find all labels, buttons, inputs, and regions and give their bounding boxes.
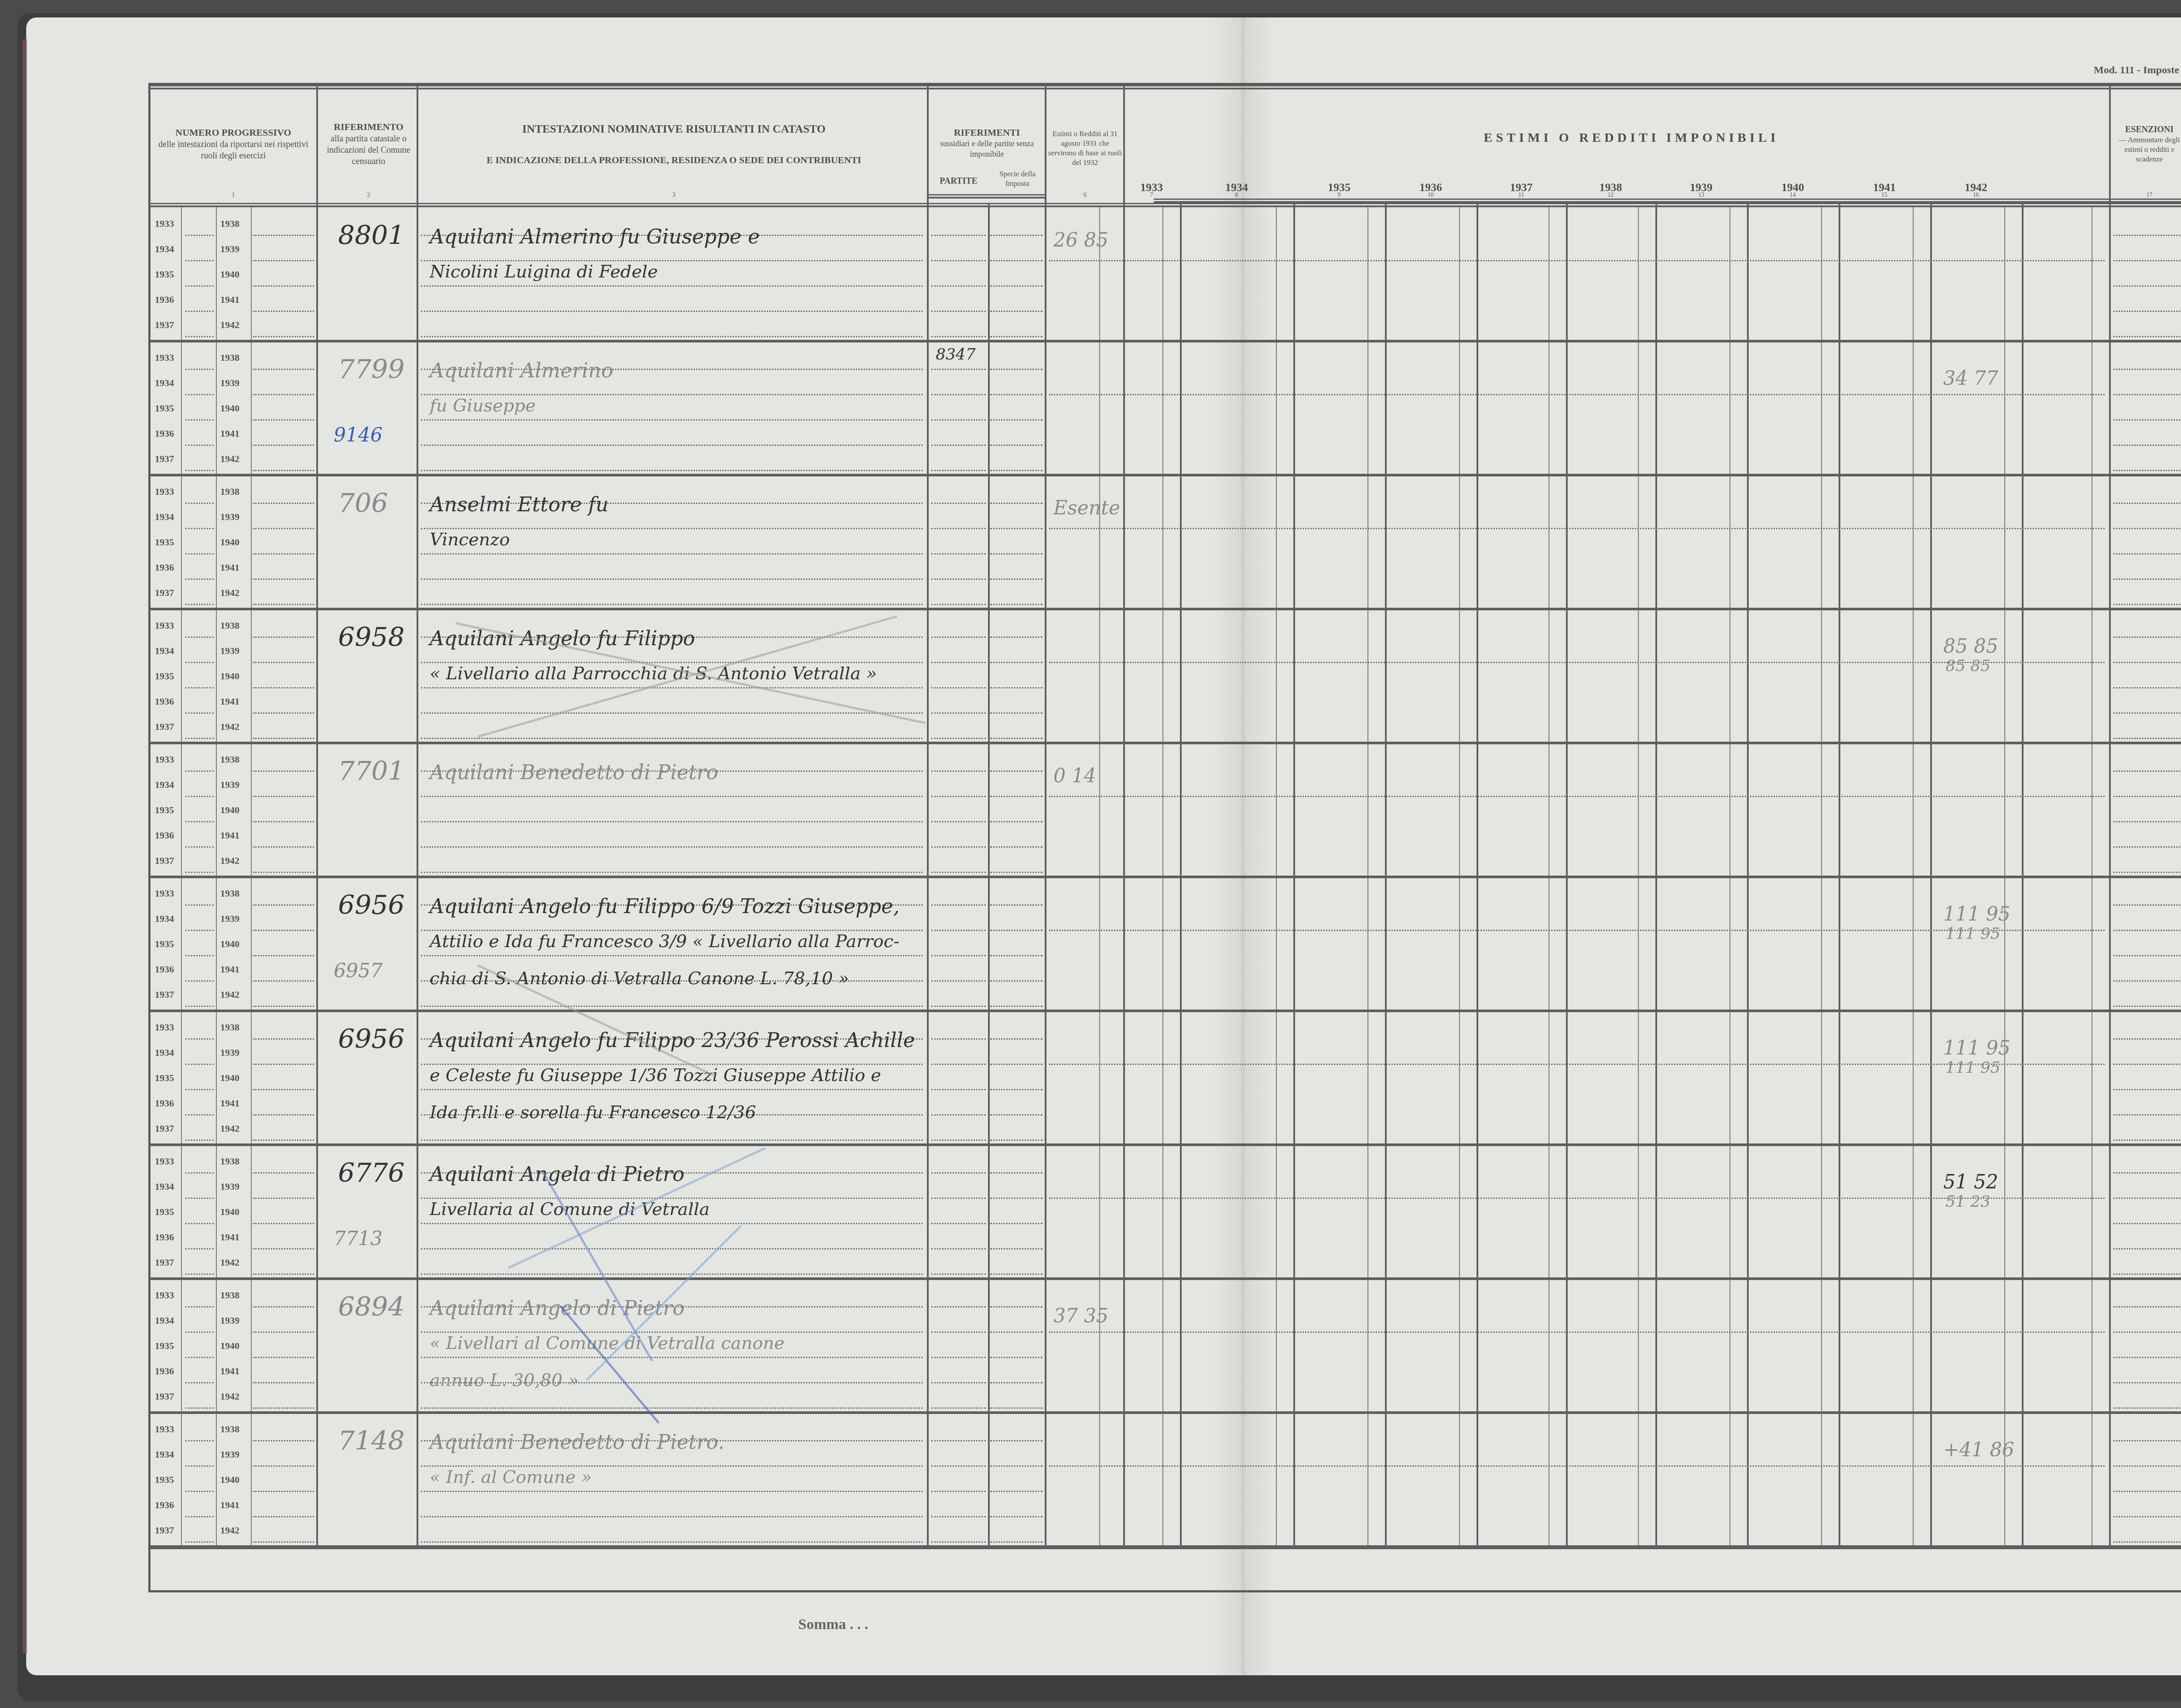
dotted-line — [185, 503, 214, 504]
year-label: 1936 — [155, 1366, 174, 1377]
dotted-line — [990, 604, 1043, 605]
year-label: 1933 — [155, 486, 174, 497]
dotted-line — [185, 419, 214, 421]
dotted-line — [990, 1357, 1043, 1358]
dotted-line — [185, 1331, 214, 1333]
dotted-line — [931, 1140, 986, 1141]
dotted-line — [990, 1273, 1043, 1275]
header-bottom-rule — [150, 203, 2181, 207]
year-label: 1936 — [155, 294, 174, 305]
amount-dotted-line — [1049, 796, 2105, 797]
dotted-line — [185, 336, 214, 337]
dotted-line — [185, 821, 214, 822]
dotted-line — [2113, 336, 2181, 337]
dotted-line — [2113, 1198, 2181, 1199]
dotted-line — [2113, 930, 2181, 931]
year-label: 1938 — [220, 1022, 239, 1033]
contributor-name-line: Aquilani Angelo fu Filippo 23/36 Perossi… — [430, 1028, 915, 1052]
year-label: 1942 — [220, 721, 239, 732]
dotted-line — [421, 336, 923, 337]
dotted-line — [253, 872, 314, 873]
dotted-line — [931, 419, 986, 421]
year-label: 1934 — [155, 779, 174, 791]
year-label: 1937 — [155, 989, 174, 1000]
estimi-1931-value: 26 85 — [1053, 229, 1108, 251]
dotted-line — [185, 235, 214, 236]
dotted-line — [2113, 1491, 2181, 1492]
dotted-line — [253, 445, 314, 446]
year-label: 1934 — [155, 243, 174, 255]
year-label: 1942 — [220, 1123, 239, 1134]
year-label: 1933 — [155, 620, 174, 631]
dotted-line — [931, 662, 986, 663]
amount-1941: +41 86 — [1943, 1439, 2014, 1461]
amount-1941: 34 77 — [1943, 367, 1998, 390]
dotted-line — [185, 1198, 214, 1199]
dotted-line — [421, 872, 923, 873]
dotted-line — [253, 1465, 314, 1467]
year-label: 1935 — [155, 537, 174, 548]
year-label: 1941 — [220, 428, 239, 439]
year-label: 1940 — [220, 1206, 239, 1218]
dotted-line — [185, 955, 214, 956]
dotted-line — [421, 796, 923, 797]
partita-reference: 6956 — [338, 890, 405, 921]
dotted-line — [253, 369, 314, 370]
year-label: 1937 — [155, 1257, 174, 1268]
amount-dotted-line — [1049, 260, 2105, 261]
dotted-line — [2113, 1440, 2181, 1441]
year-label: 1935 — [155, 804, 174, 816]
year-label: 1940 — [220, 804, 239, 816]
dotted-line — [253, 980, 314, 982]
dotted-line — [421, 419, 923, 421]
partita-reference: 7701 — [338, 756, 405, 787]
dotted-line — [253, 930, 314, 931]
dotted-line — [253, 528, 314, 529]
dotted-line — [253, 1516, 314, 1517]
year-label: 1933 — [155, 888, 174, 899]
dotted-line — [421, 553, 923, 555]
contributor-name-line: e Celeste fu Giuseppe 1/36 Tozzi Giusepp… — [430, 1065, 881, 1085]
dotted-line — [2113, 1006, 2181, 1007]
dotted-line — [185, 1541, 214, 1543]
partita-reference: 7799 — [338, 354, 405, 385]
dotted-line — [990, 662, 1043, 663]
contributor-name-line: Aquilani Benedetto di Pietro — [430, 760, 718, 784]
dotted-line — [931, 1440, 986, 1441]
dotted-line — [2113, 369, 2181, 370]
year-label: 1936 — [155, 696, 174, 707]
year-label: 1941 — [220, 696, 239, 707]
dotted-line — [990, 796, 1043, 797]
year-label: 1935 — [155, 1340, 174, 1352]
dotted-line — [421, 687, 923, 688]
year-label: 1937 — [155, 319, 174, 331]
dotted-line — [990, 1089, 1043, 1090]
contributor-name-line: Attilio e Ida fu Francesco 3/9 « Livella… — [430, 931, 899, 952]
year-label: 1936 — [155, 964, 174, 975]
year-label: 1936 — [155, 830, 174, 841]
dotted-line — [2113, 687, 2181, 688]
year-label: 1933 — [155, 1290, 174, 1301]
year-label: 1939 — [220, 511, 239, 523]
dotted-line — [931, 336, 986, 337]
dotted-line — [931, 637, 986, 638]
amount-1941-b: 51 23 — [1945, 1193, 1990, 1211]
dotted-line — [185, 470, 214, 471]
dotted-line — [421, 930, 923, 931]
dotted-line — [990, 285, 1043, 287]
dotted-line — [2113, 1089, 2181, 1090]
dotted-line — [253, 738, 314, 739]
dotted-line — [421, 712, 923, 714]
year-label: 1938 — [220, 218, 239, 229]
amount-dotted-line — [1049, 1465, 2105, 1467]
dotted-line — [990, 1248, 1043, 1249]
dotted-line — [931, 796, 986, 797]
dotted-line — [185, 1089, 214, 1090]
dotted-line — [990, 1516, 1043, 1517]
partita-reference: 6956 — [338, 1024, 405, 1054]
dotted-line — [185, 260, 214, 261]
dotted-line — [990, 1198, 1043, 1199]
year-label: 1941 — [220, 562, 239, 573]
dotted-line — [185, 1516, 214, 1517]
year-label: 1934 — [155, 645, 174, 657]
amount-dotted-line — [1049, 528, 2105, 529]
dotted-line — [421, 1357, 923, 1358]
dotted-line — [990, 980, 1043, 982]
amount-1941: 111 95 — [1943, 903, 2010, 925]
dotted-line — [2113, 1140, 2181, 1141]
dotted-line — [253, 662, 314, 663]
year-label: 1933 — [155, 352, 174, 363]
sum-label: Somma . . . — [798, 1616, 868, 1633]
dotted-line — [2113, 604, 2181, 605]
dotted-line — [185, 687, 214, 688]
partita-reference: 6894 — [338, 1292, 405, 1322]
dotted-line — [931, 1407, 986, 1409]
dotted-line — [990, 637, 1043, 638]
year-label: 1936 — [155, 562, 174, 573]
dotted-line — [185, 1273, 214, 1275]
contributor-name-line: Aquilani Angela di Pietro — [430, 1162, 684, 1186]
year-label: 1941 — [220, 1499, 239, 1511]
dotted-line — [421, 260, 923, 261]
dotted-line — [253, 846, 314, 848]
year-label: 1937 — [155, 1525, 174, 1536]
dotted-line — [253, 1198, 314, 1199]
amount-1941-b: 85 85 — [1945, 657, 1990, 675]
dotted-line — [421, 1140, 923, 1141]
amount-1941-b: 111 95 — [1945, 1059, 2000, 1077]
amount-1941: 51 52 — [1943, 1171, 1998, 1193]
partita-reference: 6776 — [338, 1158, 405, 1188]
header-title: RIFERIMENTI — [954, 127, 1020, 139]
dotted-line — [2113, 904, 2181, 906]
dotted-line — [2113, 285, 2181, 287]
column-number: 13 — [1655, 192, 1747, 199]
year-label: 1939 — [220, 913, 239, 924]
year-label: 1933 — [155, 1156, 174, 1167]
dotted-line — [990, 1491, 1043, 1492]
dotted-line — [185, 637, 214, 638]
dotted-line — [931, 1006, 986, 1007]
header-title: PARTITE — [940, 175, 978, 187]
column-number: 7 — [1123, 192, 1180, 199]
header-title: NUMERO PROGRESSIVO — [175, 127, 291, 139]
partite-value: 8347 — [936, 346, 976, 363]
dotted-line — [931, 1172, 986, 1174]
year-label: 1938 — [220, 1290, 239, 1301]
dotted-line — [990, 394, 1043, 395]
dotted-line — [990, 712, 1043, 714]
dotted-line — [421, 1248, 923, 1249]
dotted-line — [185, 980, 214, 982]
dotted-line — [931, 1465, 986, 1467]
year-label: 1937 — [155, 1391, 174, 1402]
year-label: 1934 — [155, 913, 174, 924]
year-label: 1939 — [220, 1315, 239, 1326]
dotted-line — [253, 712, 314, 714]
year-label: 1937 — [155, 1123, 174, 1134]
dotted-line — [253, 419, 314, 421]
year-label: 1938 — [220, 620, 239, 631]
ledger-record: 1933193819341939193519401936194119371942… — [150, 1011, 2181, 1149]
dotted-line — [990, 578, 1043, 580]
dotted-line — [990, 445, 1043, 446]
year-label: 1939 — [220, 1181, 239, 1192]
dotted-line — [421, 1407, 923, 1409]
contributor-name-line: « Livellari al Comune di Vetralla canone — [430, 1333, 784, 1353]
dotted-line — [421, 662, 923, 663]
dotted-line — [185, 1114, 214, 1116]
dotted-line — [2113, 445, 2181, 446]
dotted-line — [185, 311, 214, 312]
dotted-line — [2113, 955, 2181, 956]
amount-1941: 111 95 — [1943, 1037, 2010, 1059]
estimi-1931-value: 0 14 — [1053, 765, 1096, 787]
dotted-line — [253, 1382, 314, 1383]
dotted-line — [253, 553, 314, 555]
dotted-line — [2113, 1064, 2181, 1065]
year-label: 1936 — [155, 428, 174, 439]
dotted-line — [2113, 796, 2181, 797]
dotted-line — [253, 1407, 314, 1409]
estimi-1931-value: Esente — [1053, 497, 1120, 519]
dotted-line — [185, 1357, 214, 1358]
dotted-line — [990, 1172, 1043, 1174]
year-label: 1939 — [220, 779, 239, 791]
header-subtitle: E INDICAZIONE DELLA PROFESSIONE, RESIDEN… — [487, 154, 861, 167]
binding-edge — [23, 39, 27, 1653]
dotted-line — [2113, 637, 2181, 638]
year-label: 1934 — [155, 1181, 174, 1192]
year-label: 1940 — [220, 1072, 239, 1084]
dotted-line — [2113, 1273, 2181, 1275]
contributor-name-line: « Livellario alla Parrocchia di S. Anton… — [430, 664, 877, 684]
dotted-line — [185, 578, 214, 580]
dotted-line — [253, 955, 314, 956]
dotted-line — [990, 821, 1043, 822]
header-specie-imposta: Specie della Imposta — [990, 159, 1045, 199]
dotted-line — [253, 1223, 314, 1224]
dotted-line — [2113, 1541, 2181, 1543]
dotted-line — [421, 1541, 923, 1543]
year-label: 1942 — [220, 319, 239, 331]
dotted-line — [253, 1006, 314, 1007]
dotted-line — [253, 260, 314, 261]
year-label: 1942 — [220, 1391, 239, 1402]
column-number: 1 — [150, 192, 316, 199]
header-title: ESTIMI O REDDITI IMPONIBILI — [1484, 129, 1779, 146]
year-label: 1938 — [220, 486, 239, 497]
header-intestazioni: INTESTAZIONI NOMINATIVE RISULTANTI IN CA… — [421, 94, 927, 194]
year-label: 1941 — [220, 964, 239, 975]
year-label: 1939 — [220, 377, 239, 389]
partita-reference-alt: 7713 — [334, 1228, 383, 1250]
year-label: 1938 — [220, 754, 239, 765]
contributor-name-line: Ida fr.lli e sorella fu Francesco 12/36 — [430, 1102, 756, 1123]
dotted-line — [185, 528, 214, 529]
dotted-line — [185, 904, 214, 906]
dotted-line — [990, 1382, 1043, 1383]
dotted-line — [990, 1407, 1043, 1409]
year-label: 1942 — [220, 587, 239, 599]
dotted-line — [931, 470, 986, 471]
year-label: 1940 — [220, 671, 239, 682]
dotted-line — [931, 1064, 986, 1065]
dotted-line — [931, 1248, 986, 1249]
dotted-line — [931, 1273, 986, 1275]
year-label: 1933 — [155, 218, 174, 229]
dotted-line — [990, 260, 1043, 261]
dotted-line — [990, 1114, 1043, 1116]
column-number: 11 — [1477, 192, 1566, 199]
dotted-line — [421, 1465, 923, 1467]
column-number: 14 — [1747, 192, 1839, 199]
header-subtitle: alla partita catastale o indicazioni del… — [321, 133, 417, 167]
dotted-line — [253, 1306, 314, 1308]
ledger-record: 1933193819341939193519401936194119371942… — [150, 609, 2181, 747]
header-estimi-imponibili: ESTIMI O REDDITI IMPONIBILI — [1154, 111, 2109, 164]
year-label: 1938 — [220, 352, 239, 363]
dotted-line — [990, 1306, 1043, 1308]
year-label: 1934 — [155, 1315, 174, 1326]
dotted-line — [253, 1357, 314, 1358]
year-label: 1942 — [220, 855, 239, 866]
contributor-name-line: Anselmi Ettore fu — [430, 493, 608, 516]
dotted-line — [253, 1089, 314, 1090]
year-label: 1940 — [220, 537, 239, 548]
dotted-line — [421, 1516, 923, 1517]
dotted-line — [931, 1223, 986, 1224]
partita-reference: 706 — [338, 488, 388, 519]
dotted-line — [2113, 1407, 2181, 1409]
header-title: INTESTAZIONI NOMINATIVE RISULTANTI IN CA… — [522, 122, 825, 137]
dotted-line — [253, 1331, 314, 1333]
year-label: 1939 — [220, 243, 239, 255]
dotted-line — [990, 336, 1043, 337]
dotted-line — [253, 470, 314, 471]
dotted-line — [931, 1114, 986, 1116]
year-label: 1934 — [155, 511, 174, 523]
dotted-line — [931, 955, 986, 956]
dotted-line — [2113, 770, 2181, 772]
dotted-line — [990, 930, 1043, 931]
dotted-line — [931, 770, 986, 772]
dotted-line — [990, 1465, 1043, 1467]
dotted-line — [2113, 1172, 2181, 1174]
column-number: 15 — [1839, 192, 1930, 199]
dotted-line — [931, 687, 986, 688]
dotted-line — [990, 1440, 1043, 1441]
year-label: 1933 — [155, 1022, 174, 1033]
dotted-line — [931, 1038, 986, 1040]
dotted-line — [185, 738, 214, 739]
dotted-line — [2113, 578, 2181, 580]
year-label: 1937 — [155, 855, 174, 866]
dotted-line — [253, 637, 314, 638]
dotted-line — [2113, 260, 2181, 261]
dotted-line — [253, 604, 314, 605]
dotted-line — [185, 1140, 214, 1141]
dotted-line — [185, 1248, 214, 1249]
column-number: 6 — [1047, 192, 1123, 199]
ledger-record: 1933193819341939193519401936194119371942… — [150, 475, 2181, 613]
dotted-line — [990, 528, 1043, 529]
dotted-line — [990, 1331, 1043, 1333]
dotted-line — [990, 1223, 1043, 1224]
year-label: 1935 — [155, 671, 174, 682]
dotted-line — [253, 235, 314, 236]
contributor-name-line: Vincenzo — [430, 530, 510, 550]
year-label: 1942 — [220, 1525, 239, 1536]
dotted-line — [421, 821, 923, 822]
header-subtitle: sussidiari e delle partite senza imponib… — [929, 139, 1045, 159]
header-subtitle: delle intestazioni da riportarsi nei ris… — [150, 139, 316, 161]
dotted-line — [421, 1331, 923, 1333]
dotted-line — [421, 528, 923, 529]
dotted-line — [931, 604, 986, 605]
dotted-line — [931, 1331, 986, 1333]
year-label: 1941 — [220, 1232, 239, 1243]
dotted-line — [2113, 528, 2181, 529]
dotted-line — [931, 1382, 986, 1383]
estimi-header-rule — [1154, 199, 2181, 203]
column-number: 2 — [321, 192, 417, 199]
dotted-line — [185, 1172, 214, 1174]
dotted-line — [185, 553, 214, 555]
dotted-line — [421, 578, 923, 580]
year-label: 1939 — [220, 1449, 239, 1460]
dotted-line — [2113, 1382, 2181, 1383]
partita-reference: 7148 — [338, 1426, 405, 1456]
ledger-record: 1933193819341939193519401936194119371942… — [150, 1145, 2181, 1283]
dotted-line — [931, 445, 986, 446]
dotted-line — [253, 770, 314, 772]
dotted-line — [931, 712, 986, 714]
dotted-line — [990, 738, 1043, 739]
year-label: 1934 — [155, 377, 174, 389]
dotted-line — [2113, 235, 2181, 236]
dotted-line — [990, 419, 1043, 421]
dotted-line — [931, 1357, 986, 1358]
header-title: RIFERIMENTO — [334, 121, 403, 133]
dotted-line — [931, 1541, 986, 1543]
year-label: 1938 — [220, 1424, 239, 1435]
